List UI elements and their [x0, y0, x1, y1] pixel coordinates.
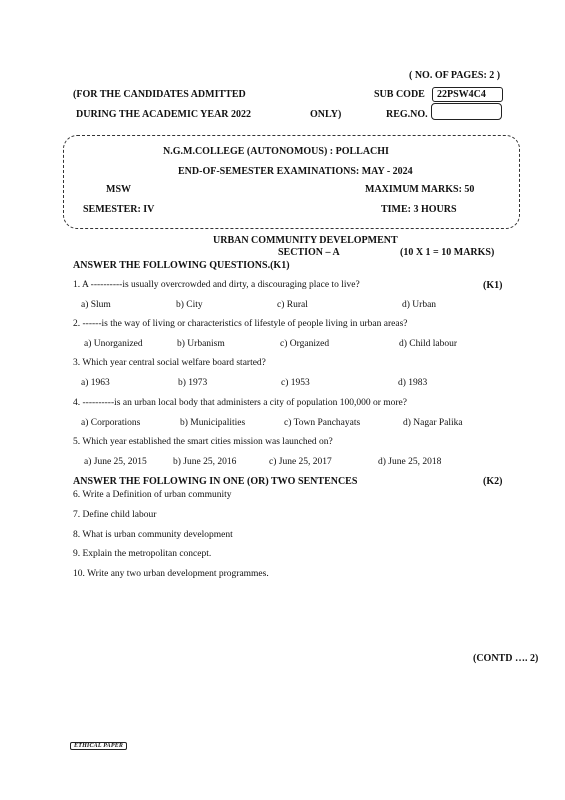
- admitted-line-1: (FOR THE CANDIDATES ADMITTED: [73, 89, 246, 100]
- question-5: 5. Which year established the smart citi…: [73, 437, 333, 447]
- semester: SEMESTER: IV: [83, 204, 154, 215]
- section-marks: (10 X 1 = 10 MARKS): [400, 247, 494, 258]
- admitted-line-2: DURING THE ACADEMIC YEAR 2022: [76, 109, 251, 120]
- q2-option-a: a) Unorganized: [84, 339, 143, 349]
- section-title: SECTION – A: [278, 247, 340, 258]
- question-8: 8. What is urban community development: [73, 530, 233, 540]
- q5-option-d: d) June 25, 2018: [378, 457, 441, 467]
- question-1-level: (K1): [483, 280, 502, 291]
- q3-option-b: b) 1973: [178, 378, 207, 388]
- page-count: ( NO. OF PAGES: 2 ): [409, 70, 500, 81]
- q4-option-b: b) Municipalities: [180, 418, 245, 428]
- q1-option-c: c) Rural: [277, 300, 308, 310]
- q2-option-c: c) Organized: [280, 339, 329, 349]
- q3-option-a: a) 1963: [81, 378, 110, 388]
- course-name: MSW: [106, 184, 131, 195]
- q2-option-b: b) Urbanism: [177, 339, 225, 349]
- short-answer-instruction: ANSWER THE FOLLOWING IN ONE (OR) TWO SEN…: [73, 476, 357, 487]
- q5-option-b: b) June 25, 2016: [173, 457, 236, 467]
- question-10: 10. Write any two urban development prog…: [73, 569, 269, 579]
- short-answer-level: (K2): [483, 476, 502, 487]
- q4-option-d: d) Nagar Palika: [403, 418, 463, 428]
- question-4: 4. ----------is an urban local body that…: [73, 398, 407, 408]
- section-instruction: ANSWER THE FOLLOWING QUESTIONS.(K1): [73, 260, 290, 271]
- reg-no-label: REG.NO.: [386, 109, 428, 120]
- question-1: 1. A ----------is usually overcrowded an…: [73, 280, 360, 290]
- continued-note: (CONTD …. 2): [473, 653, 538, 664]
- q1-option-a: a) Slum: [81, 300, 111, 310]
- q5-option-c: c) June 25, 2017: [269, 457, 332, 467]
- q3-option-c: c) 1953: [281, 378, 310, 388]
- max-marks: MAXIMUM MARKS: 50: [365, 184, 474, 195]
- q2-option-d: d) Child labour: [399, 339, 457, 349]
- admitted-only: ONLY): [310, 109, 341, 120]
- sub-code-label: SUB CODE: [374, 89, 425, 100]
- q1-option-b: b) City: [176, 300, 203, 310]
- question-6: 6. Write a Definition of urban community: [73, 490, 232, 500]
- reg-no-field[interactable]: [431, 103, 502, 120]
- question-2: 2. ------is the way of living or charact…: [73, 319, 408, 329]
- sub-code-value: 22PSW4C4: [437, 89, 486, 100]
- q4-option-a: a) Corporations: [81, 418, 140, 428]
- q3-option-d: d) 1983: [398, 378, 427, 388]
- q1-option-d: d) Urban: [402, 300, 436, 310]
- ethical-paper-stamp: ETHICAL PAPER: [70, 742, 127, 750]
- question-3: 3. Which year central social welfare boa…: [73, 358, 266, 368]
- question-7: 7. Define child labour: [73, 510, 156, 520]
- college-name: N.G.M.COLLEGE (AUTONOMOUS) : POLLACHI: [163, 146, 389, 157]
- q5-option-a: a) June 25, 2015: [84, 457, 147, 467]
- question-9: 9. Explain the metropolitan concept.: [73, 549, 211, 559]
- exam-title: END-OF-SEMESTER EXAMINATIONS: MAY - 2024: [178, 166, 413, 177]
- paper-title: URBAN COMMUNITY DEVELOPMENT: [213, 235, 398, 246]
- sub-code-box: 22PSW4C4: [432, 87, 503, 102]
- q4-option-c: c) Town Panchayats: [284, 418, 360, 428]
- exam-time: TIME: 3 HOURS: [381, 204, 457, 215]
